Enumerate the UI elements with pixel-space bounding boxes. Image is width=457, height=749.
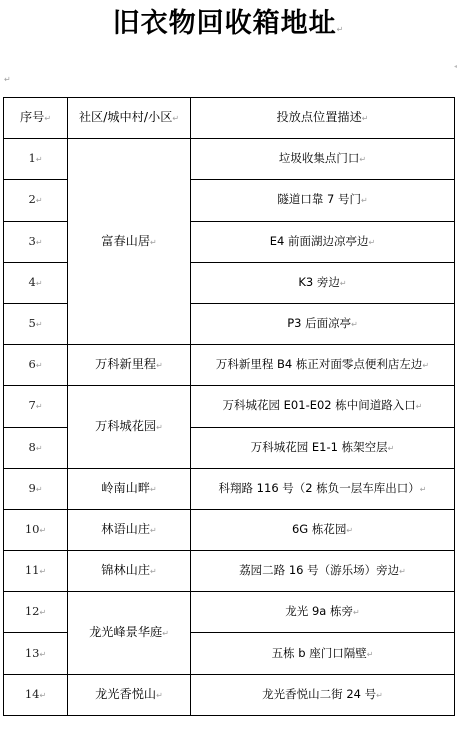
paragraph-mark-icon: ↵ [150,526,157,535]
cell-text: 岭南山畔 [101,481,150,495]
cell-text: 1 [28,151,35,165]
cell-text: P3 后面凉亭 [287,316,351,330]
paragraph-mark-icon: ↵ [399,567,406,576]
cell-text: 万科城花园 E1-1 栋架空层 [251,440,388,454]
cell-text: 12 [25,604,40,618]
row-index[interactable]: 10↵ [4,509,68,550]
location-desc-cell[interactable]: 万科城花园 E1-1 栋架空层↵ [191,427,455,468]
paragraph-mark-icon: ↵ [36,155,43,164]
paragraph-mark-icon: ↵ [362,114,369,123]
cell-text: 万科城花园 E01-E02 栋中间道路入口 [223,398,416,412]
location-desc-cell[interactable]: 垃圾收集点门口↵ [191,139,455,180]
paragraph-mark-icon: ↵ [337,25,345,34]
paragraph-mark-icon: ↵ [156,361,163,370]
row-index[interactable]: 8↵ [4,427,68,468]
row-index[interactable]: 5↵ [4,303,68,344]
paragraph-mark-icon: ↵ [39,608,46,617]
header-index[interactable]: 序号↵ [4,98,68,139]
row-index[interactable]: 7↵ [4,386,68,427]
location-desc-cell[interactable]: E4 前面湖边凉亭边↵ [191,221,455,262]
community-cell[interactable]: 富春山居↵ [68,139,191,345]
paragraph-mark-icon: ↵ [36,196,43,205]
location-desc-cell[interactable]: 荔园二路 16 号（游乐场）旁边↵ [191,551,455,592]
table-row: 7↵ 万科城花园↵ 万科城花园 E01-E02 栋中间道路入口↵ [4,386,455,427]
location-desc-cell[interactable]: 龙光 9a 栋旁↵ [191,592,455,633]
table-header-row: 序号↵ 社区/城中村/小区↵ 投放点位置描述↵ [4,98,455,139]
cell-text: 锦林山庄 [101,563,150,577]
cell-text: 龙光峰景华庭 [89,625,162,639]
row-index[interactable]: 12↵ [4,592,68,633]
community-cell[interactable]: 岭南山畔↵ [68,468,191,509]
cell-text: K3 旁边 [298,275,340,289]
community-cell[interactable]: 锦林山庄↵ [68,551,191,592]
table-row: 14↵ 龙光香悦山↵ 龙光香悦山二街 24 号↵ [4,674,455,715]
row-index[interactable]: 1↵ [4,139,68,180]
community-cell[interactable]: 龙光峰景华庭↵ [68,592,191,674]
row-index[interactable]: 9↵ [4,468,68,509]
paragraph-mark-icon: ↵ [150,485,157,494]
paragraph-mark-icon: ↵ [172,114,179,123]
table-row: 12↵ 龙光峰景华庭↵ 龙光 9a 栋旁↵ [4,592,455,633]
cell-text: 序号 [20,110,44,124]
cell-text: 龙光香悦山二街 24 号 [262,687,376,701]
row-index[interactable]: 2↵ [4,180,68,221]
paragraph-mark-icon: ↵ [36,279,43,288]
cell-text: 3 [28,234,35,248]
paragraph-mark-icon: ↵ [36,238,43,247]
cell-text: 林语山庄 [101,522,150,536]
row-index[interactable]: 4↵ [4,262,68,303]
paragraph-mark-icon: ↵ [4,75,11,84]
cell-text: 龙光 9a 栋旁 [285,604,353,618]
paragraph-mark-icon: ↵ [340,279,347,288]
location-desc-cell[interactable]: 科翔路 116 号（2 栋负一层车库出口）↵ [191,468,455,509]
community-cell[interactable]: 万科新里程↵ [68,345,191,386]
cell-text: 9 [28,481,35,495]
paragraph-mark-icon: ↵ [359,155,366,164]
cell-text: 隧道口靠 7 号门 [277,192,361,206]
paragraph-mark-icon: ↵ [353,608,360,617]
paragraph-mark-icon: ↵ [44,114,51,123]
paragraph-mark-icon: ↵ [36,485,43,494]
cell-text: 2 [28,192,35,206]
paragraph-mark-icon: ↵ [422,361,429,370]
paragraph-mark-icon: ↵ [39,650,46,659]
location-desc-cell[interactable]: 隧道口靠 7 号门↵ [191,180,455,221]
row-index[interactable]: 14↵ [4,674,68,715]
location-desc-cell[interactable]: K3 旁边↵ [191,262,455,303]
table-row: 9↵ 岭南山畔↵ 科翔路 116 号（2 栋负一层车库出口）↵ [4,468,455,509]
paragraph-mark-icon: ↵ [36,320,43,329]
cell-text: 万科新里程 [95,357,156,371]
paragraph-mark-icon: ↵ [36,402,43,411]
cell-text: 万科新里程 B4 栋正对面零点便利店左边 [216,357,423,371]
paragraph-mark-icon: ↵ [39,567,46,576]
cell-text: 荔园二路 16 号（游乐场）旁边 [239,563,399,577]
cell-text: E4 前面湖边凉亭边 [270,234,369,248]
cell-text: 13 [25,646,40,660]
cell-text: 7 [28,398,35,412]
location-desc-cell[interactable]: P3 后面凉亭↵ [191,303,455,344]
paragraph-mark-icon: ↵ [346,526,353,535]
cell-text: 五栋 b 座门口隔壁 [272,646,367,660]
cell-text: 6G 栋花园 [292,522,346,536]
cell-text: 8 [28,440,35,454]
paragraph-mark-icon: ↵ [39,691,46,700]
location-desc-cell[interactable]: 五栋 b 座门口隔壁↵ [191,633,455,674]
recycling-bin-address-table: 序号↵ 社区/城中村/小区↵ 投放点位置描述↵ 1↵ 富春山居↵ 垃圾收集点门口… [3,97,455,716]
cell-text: 投放点位置描述 [276,110,361,124]
paragraph-mark-icon: ↵ [351,320,358,329]
row-index[interactable]: 11↵ [4,551,68,592]
title-text: 旧衣物回收箱地址 [113,8,337,39]
row-index[interactable]: 6↵ [4,345,68,386]
header-community[interactable]: 社区/城中村/小区↵ [68,98,191,139]
table-row: 6↵ 万科新里程↵ 万科新里程 B4 栋正对面零点便利店左边↵ [4,345,455,386]
cell-text: 万科城花园 [95,419,156,433]
cell-text: 6 [28,357,35,371]
paragraph-mark-icon: ↵ [156,691,163,700]
paragraph-mark-icon: ↵ [36,361,43,370]
cell-text: 社区/城中村/小区 [79,110,173,124]
paragraph-mark-icon: ↵ [150,567,157,576]
paragraph-mark-icon: ↵ [367,650,374,659]
paragraph-mark-icon: ↵ [150,238,157,247]
paragraph-mark-icon: ↵ [156,423,163,432]
cell-text: 14 [25,687,40,701]
paragraph-mark-icon: ↵ [39,526,46,535]
paragraph-mark-icon: ↵ [376,691,383,700]
community-cell[interactable]: 林语山庄↵ [68,509,191,550]
paragraph-mark-icon: ↵ [361,196,368,205]
row-index[interactable]: 13↵ [4,633,68,674]
document-title: 旧衣物回收箱地址↵ [0,6,457,48]
paragraph-mark-icon: ↵ [369,238,376,247]
table-row: 10↵ 林语山庄↵ 6G 栋花园↵ [4,509,455,550]
paragraph-mark-icon: ↵ [388,444,395,453]
paragraph-mark-icon: ↵ [420,485,427,494]
cell-text: 10 [25,522,40,536]
location-desc-cell[interactable]: 龙光香悦山二街 24 号↵ [191,674,455,715]
community-cell[interactable]: 龙光香悦山↵ [68,674,191,715]
location-desc-cell[interactable]: 万科新里程 B4 栋正对面零点便利店左边↵ [191,345,455,386]
cell-text: 富春山居 [101,234,150,248]
header-location-desc[interactable]: 投放点位置描述↵ [191,98,455,139]
table-row: 1↵ 富春山居↵ 垃圾收集点门口↵ [4,139,455,180]
cell-text: 垃圾收集点门口 [279,151,360,165]
paragraph-mark-icon: ↵ [36,444,43,453]
paragraph-mark-icon: ↵ [162,629,169,638]
table-row: 11↵ 锦林山庄↵ 荔园二路 16 号（游乐场）旁边↵ [4,551,455,592]
cell-text: 11 [25,563,40,577]
cell-text: 龙光香悦山 [95,687,156,701]
cell-text: 5 [28,316,35,330]
cell-text: 4 [28,275,35,289]
location-desc-cell[interactable]: 6G 栋花园↵ [191,509,455,550]
cell-text: 科翔路 116 号（2 栋负一层车库出口） [219,481,420,495]
community-cell[interactable]: 万科城花园↵ [68,386,191,468]
row-index[interactable]: 3↵ [4,221,68,262]
paragraph-mark-icon: ↵ [416,402,423,411]
location-desc-cell[interactable]: 万科城花园 E01-E02 栋中间道路入口↵ [191,386,455,427]
